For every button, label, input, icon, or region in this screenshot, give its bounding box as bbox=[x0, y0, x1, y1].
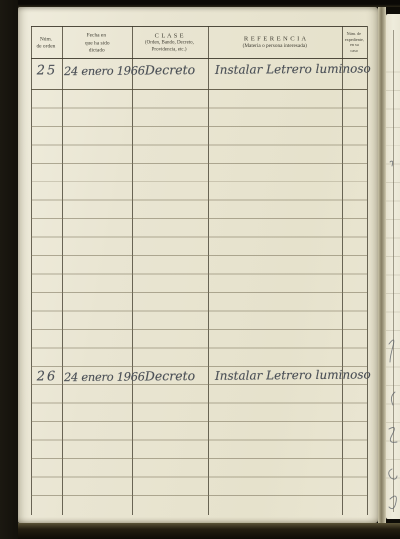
header-cell-fecha: Fecha en que ha sido dictado bbox=[62, 27, 132, 59]
header-text: de orden bbox=[37, 43, 56, 48]
scan-top-edge bbox=[18, 0, 400, 7]
header-text: Providencia, etc.) bbox=[152, 47, 187, 51]
header-text: en su bbox=[350, 44, 359, 47]
entry-referencia: Instalar Letrero luminoso bbox=[211, 58, 351, 83]
entry-referencia: Instalar Letrero luminoso bbox=[211, 364, 351, 389]
page-fold bbox=[378, 7, 386, 523]
entry-fecha: 24 enero 1966 bbox=[64, 366, 132, 391]
adjacent-page-edge bbox=[386, 14, 400, 519]
register-entry-25: 25 24 enero 1966 Decreto Instalar Letrer… bbox=[18, 57, 378, 86]
table-border-right bbox=[367, 26, 368, 516]
header-text: dictado bbox=[89, 47, 105, 52]
header-text: C L A S E bbox=[155, 32, 184, 38]
header-text: expediente, bbox=[345, 38, 364, 41]
header-text: (Orden, Bando, Decreto, bbox=[145, 40, 194, 44]
entry-clase: Decreto bbox=[135, 365, 205, 390]
header-text: Fecha en bbox=[87, 32, 106, 37]
scanned-ledger-photo: Núm. de orden Fecha en que ha sido dicta… bbox=[0, 0, 400, 539]
header-text: que ha sido bbox=[84, 40, 109, 45]
scan-bottom-edge bbox=[18, 523, 400, 539]
header-text: caso bbox=[351, 49, 358, 52]
entry-fecha: 24 enero 1966 bbox=[64, 60, 132, 85]
table-header-row: Núm. de orden Fecha en que ha sido dicta… bbox=[31, 26, 367, 60]
header-text: Núm. de bbox=[347, 32, 361, 35]
ruled-lines bbox=[31, 90, 367, 504]
header-text: Núm. bbox=[40, 36, 52, 41]
header-cell-num-orden: Núm. de orden bbox=[31, 27, 63, 59]
header-cell-referencia: R E F E R E N C I A (Materia o persona i… bbox=[208, 27, 343, 59]
adjacent-page-writing-marks bbox=[386, 14, 400, 519]
header-text: R E F E R E N C I A bbox=[243, 35, 306, 41]
entry-num: 26 bbox=[32, 366, 62, 390]
header-cell-expediente: Núm. de expediente, en su caso bbox=[342, 27, 367, 59]
register-page: Núm. de orden Fecha en que ha sido dicta… bbox=[18, 7, 378, 523]
register-entry-26: 26 24 enero 1966 Decreto Instalar Letrer… bbox=[18, 363, 378, 392]
entry-num: 25 bbox=[32, 60, 62, 84]
header-text: (Materia o persona interesada) bbox=[243, 44, 307, 49]
entry-clase: Decreto bbox=[135, 59, 205, 84]
header-cell-clase: C L A S E (Orden, Bando, Decreto, Provid… bbox=[132, 27, 208, 59]
